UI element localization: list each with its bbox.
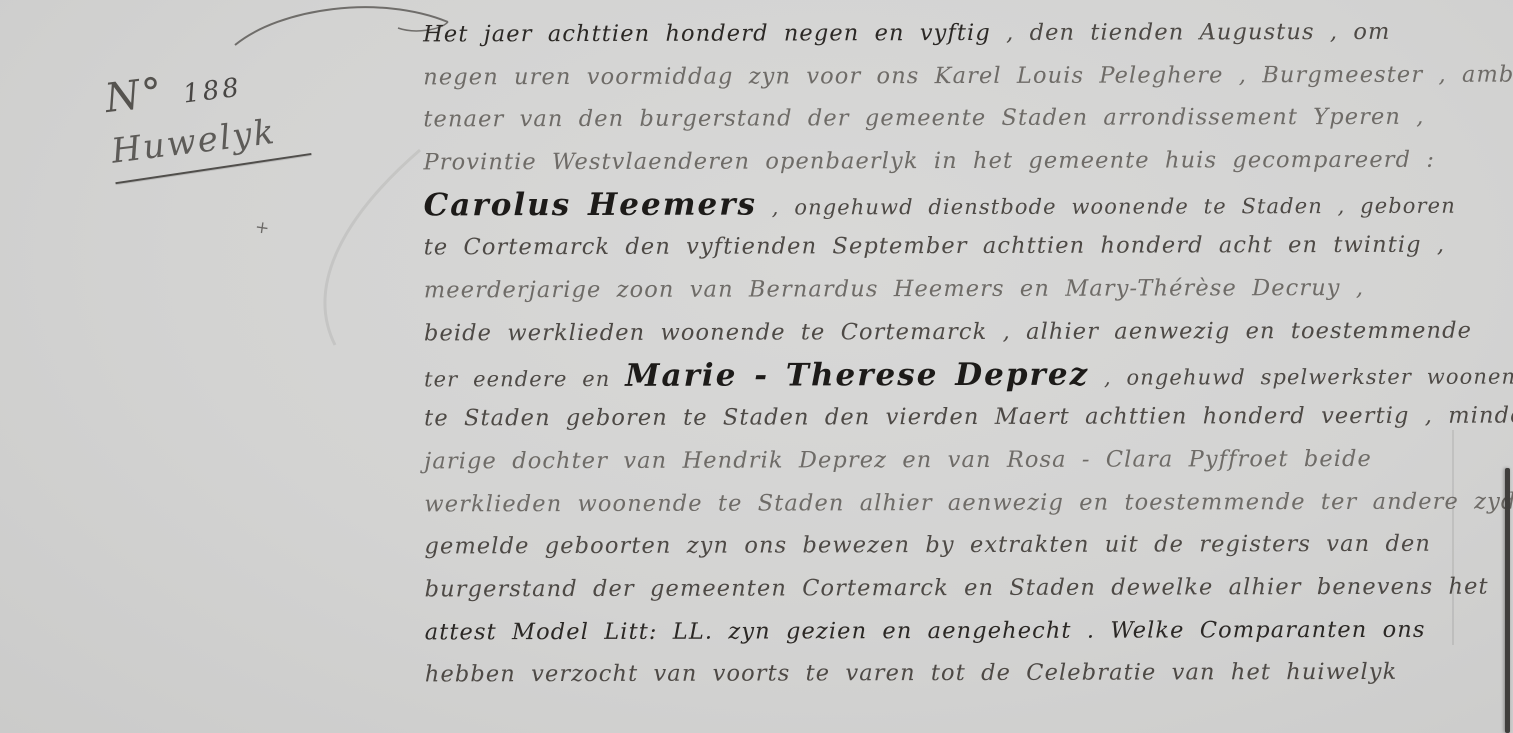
text-line: burgerstand der gemeenten Cortemarck en … bbox=[425, 566, 1500, 612]
text-line: Het jaer achttien honderd negen en vyfti… bbox=[423, 11, 1498, 57]
line-segment: meerderjarige zoon van Bernardus Heemers… bbox=[424, 275, 1364, 303]
record-text: Het jaer achttien honderd negen en vyfti… bbox=[423, 11, 1500, 697]
text-line: te Cortemarck den vyftienden September a… bbox=[424, 224, 1499, 270]
line-segment: , den tienden Augustus , om bbox=[991, 19, 1391, 46]
page-edge-shadow bbox=[1505, 468, 1510, 733]
text-line: hebben verzocht van voorts te varen tot … bbox=[425, 651, 1500, 697]
text-line: negen uren voormiddag zyn voor ons Karel… bbox=[423, 53, 1498, 99]
text-line: werklieden woonende te Staden alhier aen… bbox=[424, 480, 1499, 526]
line-segment: , ongehuwd spelwerkster woonende bbox=[1089, 364, 1513, 389]
bride-name: Marie - Therese Deprez bbox=[625, 356, 1089, 393]
document-page: N° 188 Huwelyk + Het jaer achttien honde… bbox=[0, 0, 1513, 733]
cross-mark: + bbox=[254, 217, 271, 239]
line-segment: burgerstand der gemeenten Cortemarck en … bbox=[425, 574, 1489, 603]
line-segment: beide werklieden woonende te Cortemarck … bbox=[424, 317, 1472, 346]
line-segment: te Staden geboren te Staden den vierden … bbox=[424, 403, 1513, 432]
act-number-value: 188 bbox=[181, 73, 243, 110]
text-line: te Staden geboren te Staden den vierden … bbox=[424, 395, 1499, 441]
text-line: tenaer van den burgerstand der gemeente … bbox=[423, 96, 1498, 142]
line-segment: ter eendere en bbox=[424, 366, 625, 391]
act-number-prefix: N° bbox=[102, 69, 166, 122]
text-line: ter eendere en Marie - Therese Deprez , … bbox=[424, 352, 1499, 398]
text-line: Provintie Westvlaenderen openbaerlyk in … bbox=[423, 139, 1498, 185]
line-segment: werklieden woonende te Staden alhier aen… bbox=[424, 488, 1513, 517]
line-segment: tenaer van den burgerstand der gemeente … bbox=[423, 104, 1424, 133]
text-line: jarige dochter van Hendrik Deprez en van… bbox=[424, 437, 1499, 483]
line-segment: , ongehuwd dienstbode woonende te Staden… bbox=[757, 193, 1456, 219]
text-line: gemelde geboorten zyn ons bewezen by ext… bbox=[424, 523, 1499, 569]
text-line: attest Model Litt: LL. zyn gezien en aen… bbox=[425, 608, 1500, 654]
line-segment: jarige dochter van Hendrik Deprez en van… bbox=[424, 446, 1372, 474]
line-segment: gemelde geboorten zyn ons bewezen by ext… bbox=[424, 531, 1431, 560]
line-segment: negen uren voormiddag zyn voor ons Karel… bbox=[423, 61, 1513, 90]
text-line: beide werklieden woonende te Cortemarck … bbox=[424, 309, 1499, 355]
line-segment: Het jaer achttien honderd negen en vyfti… bbox=[423, 20, 991, 47]
line-segment: Provintie Westvlaenderen openbaerlyk in … bbox=[423, 147, 1435, 176]
groom-name: Carolus Heemers bbox=[424, 186, 757, 223]
text-line: Carolus Heemers , ongehuwd dienstbode wo… bbox=[424, 181, 1499, 227]
line-segment: hebben verzocht van voorts te varen tot … bbox=[425, 659, 1398, 688]
text-line: meerderjarige zoon van Bernardus Heemers… bbox=[424, 267, 1499, 313]
line-segment: attest Model Litt: LL. zyn gezien en aen… bbox=[425, 616, 1426, 645]
paper-crease bbox=[1452, 430, 1454, 645]
line-segment: te Cortemarck den vyftienden September a… bbox=[424, 232, 1446, 261]
